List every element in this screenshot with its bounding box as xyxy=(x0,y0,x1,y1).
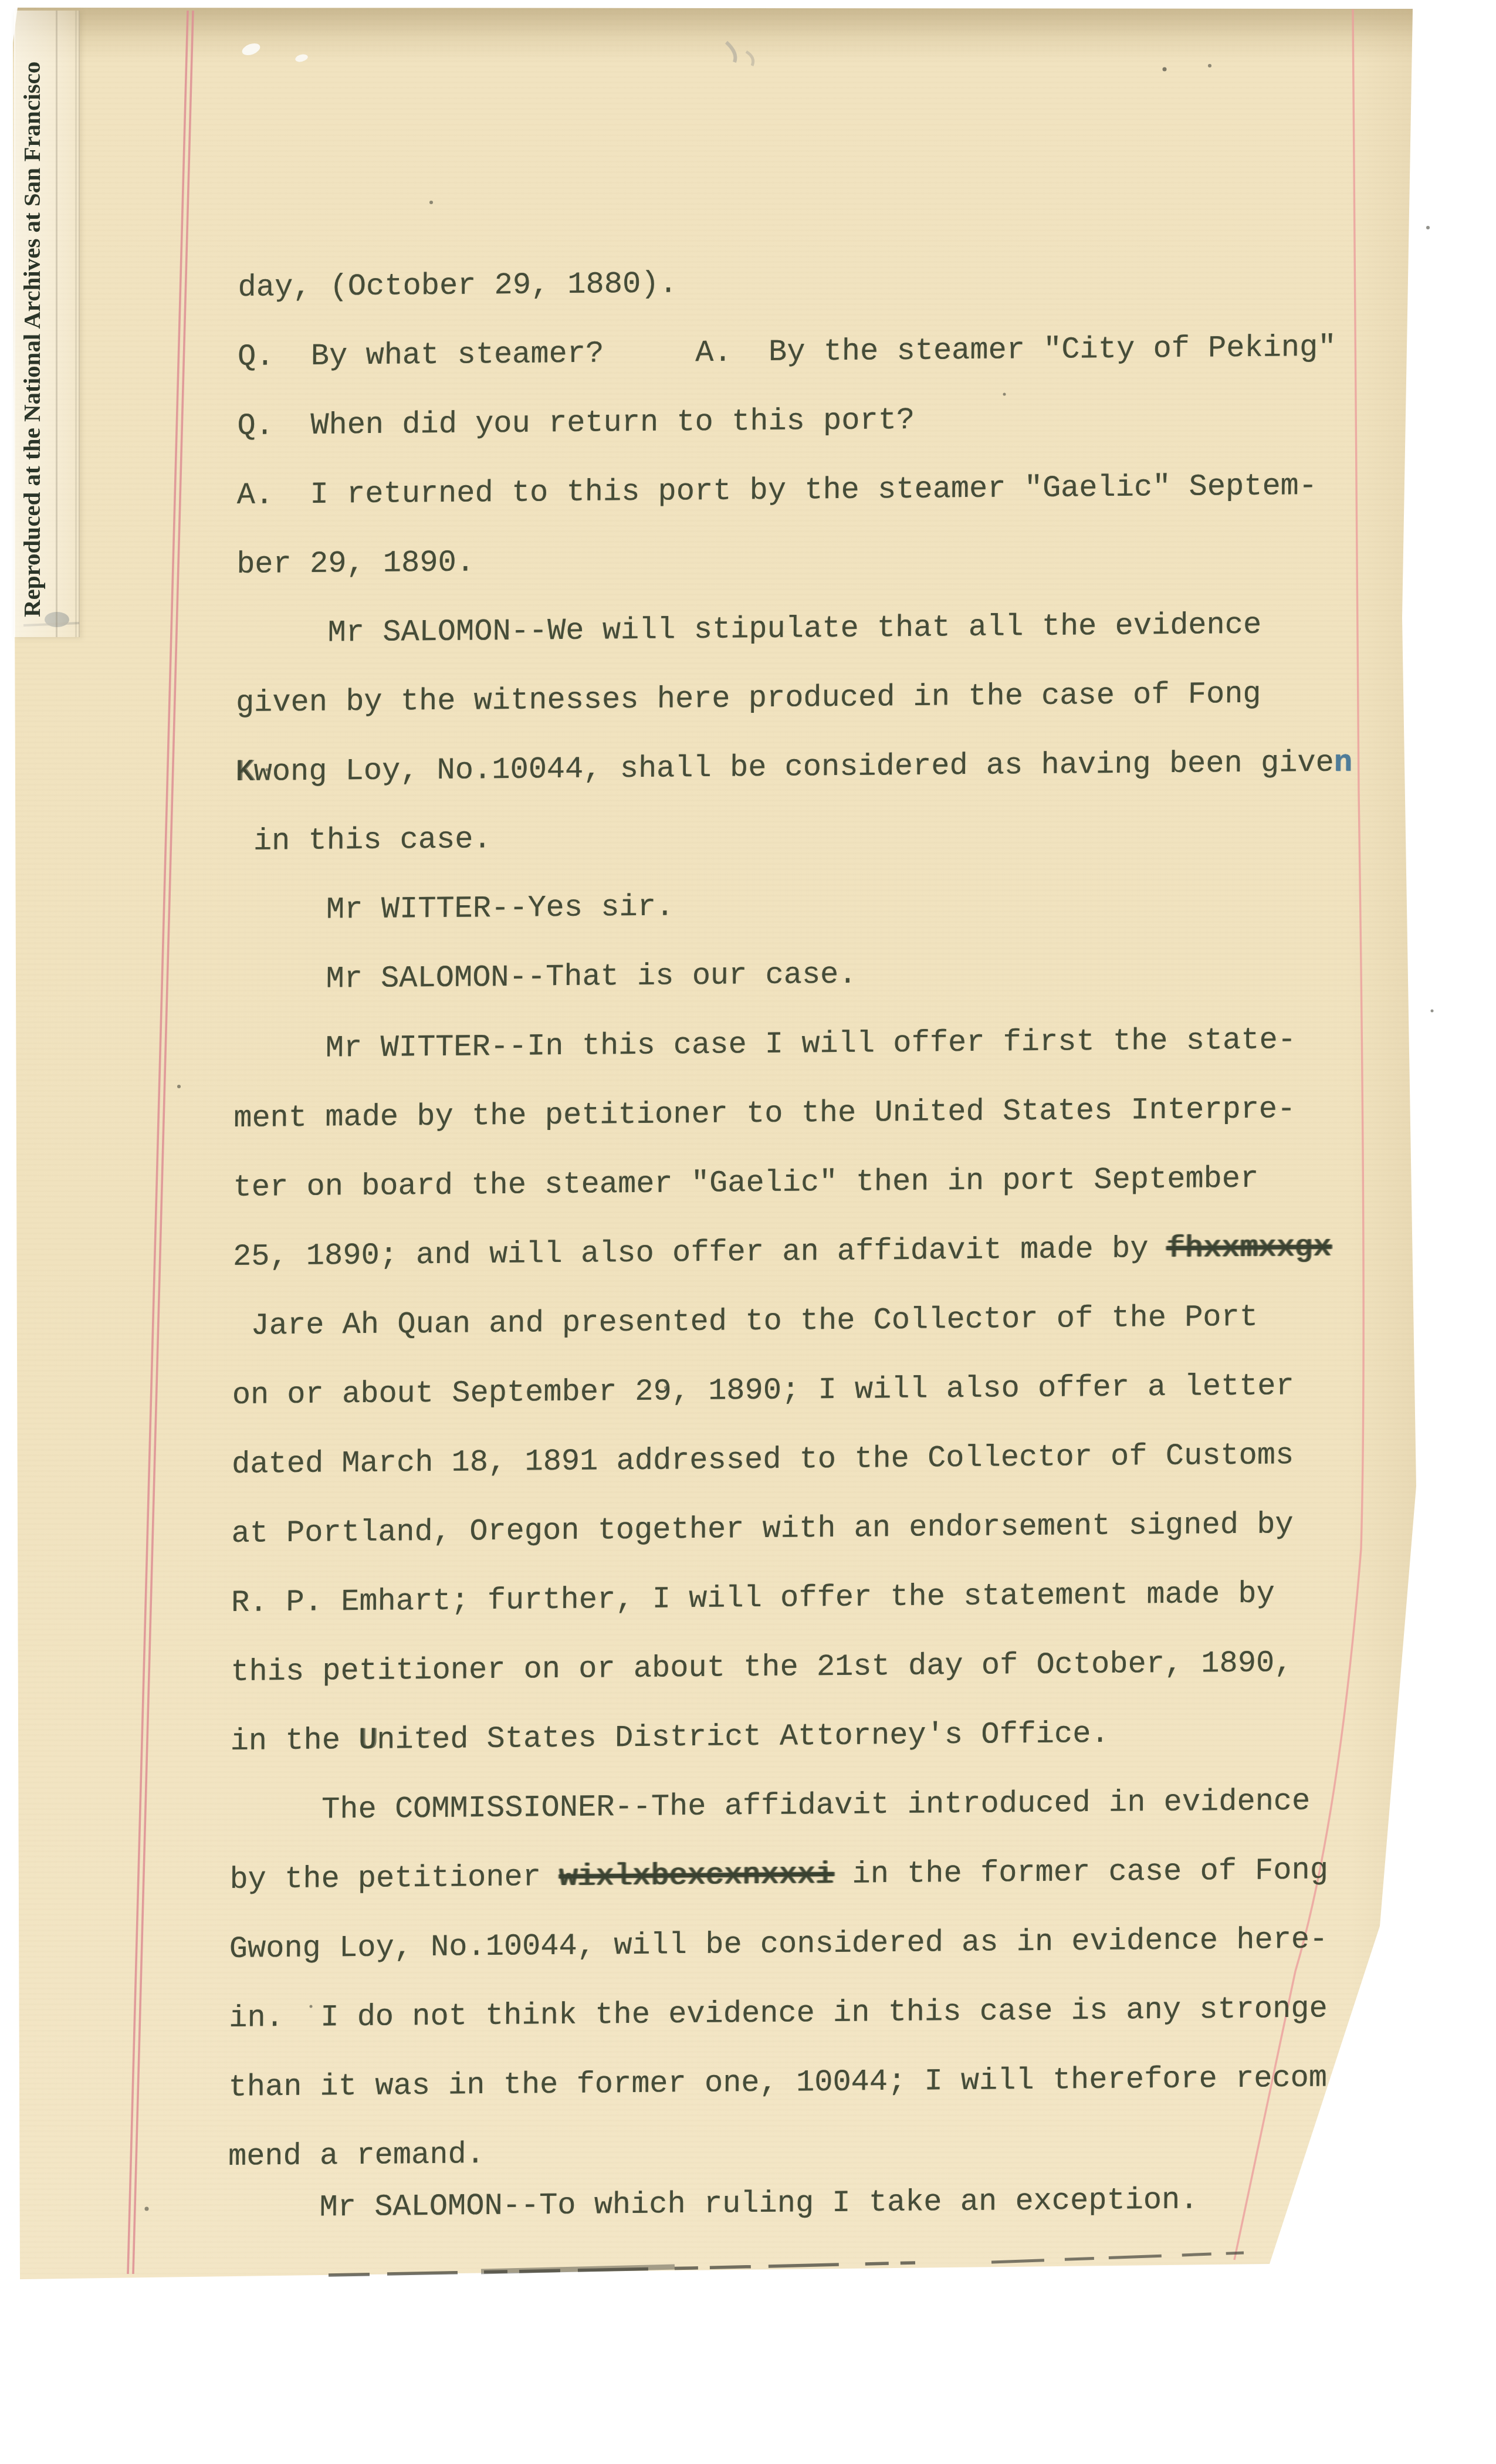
typed-segment: in the former case of Fong xyxy=(834,1853,1328,1892)
tape-crease xyxy=(75,11,77,637)
typed-segment: this petitioner on or about the 21st day… xyxy=(231,1646,1292,1690)
typed-segment: dated March 18, 1891 addressed to the Co… xyxy=(232,1438,1294,1482)
typed-segment: ber 29, 1890. xyxy=(236,545,475,582)
typed-segment: ter on board the steamer "Gaelic" then i… xyxy=(233,1162,1259,1205)
typed-segment: The COMMISSIONER--The affidavit introduc… xyxy=(230,1784,1311,1828)
typed-line: day, (October 29, 1880). xyxy=(238,243,1388,323)
typed-segment: mend a remand. xyxy=(228,2137,485,2174)
typed-segment: in this case. xyxy=(235,822,492,859)
typed-line: Q. When did you return to this port? xyxy=(237,382,1387,461)
typed-line: at Portland, Oregon together with an end… xyxy=(231,1490,1382,1569)
overstruck-character: U xyxy=(358,1723,377,1758)
typed-segment: ment made by the petitioner to the Unite… xyxy=(233,1092,1295,1136)
typed-line: than it was in the former one, 10044; I … xyxy=(228,2043,1379,2123)
typed-segment: Jare Ah Quan and presented to the Collec… xyxy=(232,1300,1258,1343)
typed-segment: given by the witnesses here produced in … xyxy=(236,677,1261,720)
typed-line: Jare Ah Quan and presented to the Collec… xyxy=(232,1282,1383,1361)
typed-line: 25, 1890; and will also offer an affidav… xyxy=(233,1213,1383,1292)
typed-line: dated March 18, 1891 addressed to the Co… xyxy=(232,1420,1382,1500)
typed-line: A. I returned to this port by the steame… xyxy=(237,451,1387,530)
scanned-document-page: Reproduced at the National Archives at S… xyxy=(0,0,1496,2464)
typed-segment: than it was in the former one, 10044; I … xyxy=(228,2061,1327,2105)
typed-line: Kwong Loy, No.10044, shall be considered… xyxy=(235,728,1386,807)
typed-line: on or about September 29, 1890; I will a… xyxy=(232,1351,1382,1430)
typed-line: Mr WITTER--Yes sir. xyxy=(235,867,1385,946)
typed-line: ter on board the steamer "Gaelic" then i… xyxy=(233,1143,1383,1223)
typed-segment: nited States District Attorney's Office. xyxy=(377,1717,1109,1758)
typed-line: ment made by the petitioner to the Unite… xyxy=(233,1074,1384,1153)
archive-label-text: Reproduced at the National Archives at S… xyxy=(18,31,56,617)
typed-segment: by the petitioner xyxy=(229,1860,559,1897)
typed-segment: Q. When did you return to this port? xyxy=(237,403,915,444)
typed-line: Mr SALOMON--We will stipulate that all t… xyxy=(236,590,1386,669)
overstruck-character: K xyxy=(235,755,254,790)
typed-segment: day, (October 29, 1880). xyxy=(238,266,678,305)
handwritten-correction: n xyxy=(1334,745,1353,780)
typed-segment: 25, 1890; and will also offer an affidav… xyxy=(233,1231,1167,1274)
typed-line: Q. By what steamer? A. By the steamer "C… xyxy=(238,313,1388,392)
typed-segment: in. I do not think the evidence in this … xyxy=(229,1992,1328,2036)
typed-segment: A. I returned to this port by the steame… xyxy=(237,469,1318,513)
typed-line: Mr SALOMON--To which ruling I take an ex… xyxy=(228,2164,1378,2243)
typed-segment: Mr WITTER--In this case I will offer fir… xyxy=(234,1023,1296,1067)
typed-line: ber 29, 1890. xyxy=(236,520,1387,600)
typed-line: Mr SALOMON--That is our case. xyxy=(234,936,1385,1015)
typed-segment: on or about September 29, 1890; I will a… xyxy=(232,1369,1294,1413)
typed-line: Mr WITTER--In this case I will offer fir… xyxy=(234,1005,1385,1084)
typed-segment: Mr SALOMON--To which ruling I take an ex… xyxy=(228,2182,1198,2225)
typed-segment: Gwong Loy, No.10044, will be considered … xyxy=(229,1923,1328,1967)
typed-line: this petitioner on or about the 21st day… xyxy=(231,1628,1381,1707)
struck-out-text: wixlxbexcxnxxxi xyxy=(559,1857,834,1894)
typed-line: given by the witnesses here produced in … xyxy=(236,659,1386,738)
typed-line: in the United States District Attorney's… xyxy=(230,1697,1380,1776)
struck-out-text: fhxxmxxgx xyxy=(1166,1230,1331,1266)
typed-line: by the petitioner wixlxbexcxnxxxi in the… xyxy=(229,1836,1380,1915)
typed-segment: Mr WITTER--Yes sir. xyxy=(235,889,674,928)
typed-line: in. I do not think the evidence in this … xyxy=(229,1974,1379,2053)
typed-line: The COMMISSIONER--The affidavit introduc… xyxy=(230,1766,1380,1846)
typed-line: R. P. Emhart; further, I will offer the … xyxy=(231,1559,1382,1638)
typed-segment: at Portland, Oregon together with an end… xyxy=(231,1507,1293,1551)
typed-line: in this case. xyxy=(235,797,1385,876)
typed-segment: Mr SALOMON--That is our case. xyxy=(234,957,857,997)
typed-segment: in the xyxy=(231,1723,359,1759)
typed-line: Gwong Loy, No.10044, will be considered … xyxy=(229,1905,1380,1984)
typed-segment: Mr SALOMON--We will stipulate that all t… xyxy=(236,608,1261,651)
typed-segment: Q. By what steamer? A. By the steamer "C… xyxy=(238,330,1336,374)
typed-segment: R. P. Emhart; further, I will offer the … xyxy=(231,1576,1275,1620)
typed-segment: wong Loy, No.10044, shall be considered … xyxy=(253,746,1334,790)
typed-text: day, (October 29, 1880).Q. By what steam… xyxy=(228,243,1388,2243)
